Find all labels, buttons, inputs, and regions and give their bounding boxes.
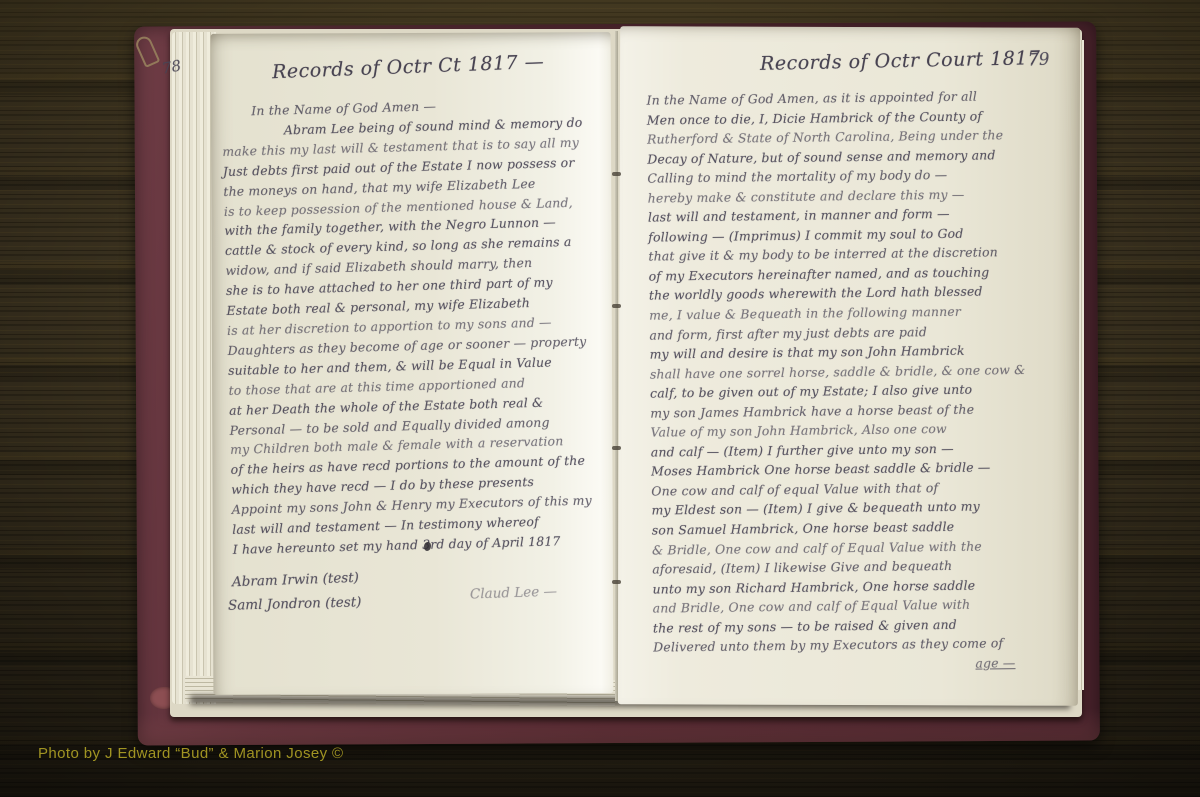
binding-stitch [612, 446, 621, 450]
right-page-number: 79 [1027, 49, 1050, 70]
photographer-watermark: Photo by J Edward “Bud” & Marion Josey © [38, 745, 344, 762]
binding-stitch [612, 580, 621, 584]
testator-signature: Claud Lee — [470, 583, 558, 602]
left-page-number: 78 [161, 56, 183, 77]
binding-stitch [612, 304, 621, 308]
binding-stitch [612, 172, 621, 176]
page-stack-left-edges [172, 32, 216, 704]
book-gutter [615, 31, 618, 701]
left-page-text: In the Name of God Amen — Abram Lee bein… [221, 92, 611, 560]
right-page-text: In the Name of God Amen, as it is appoin… [646, 85, 1073, 676]
